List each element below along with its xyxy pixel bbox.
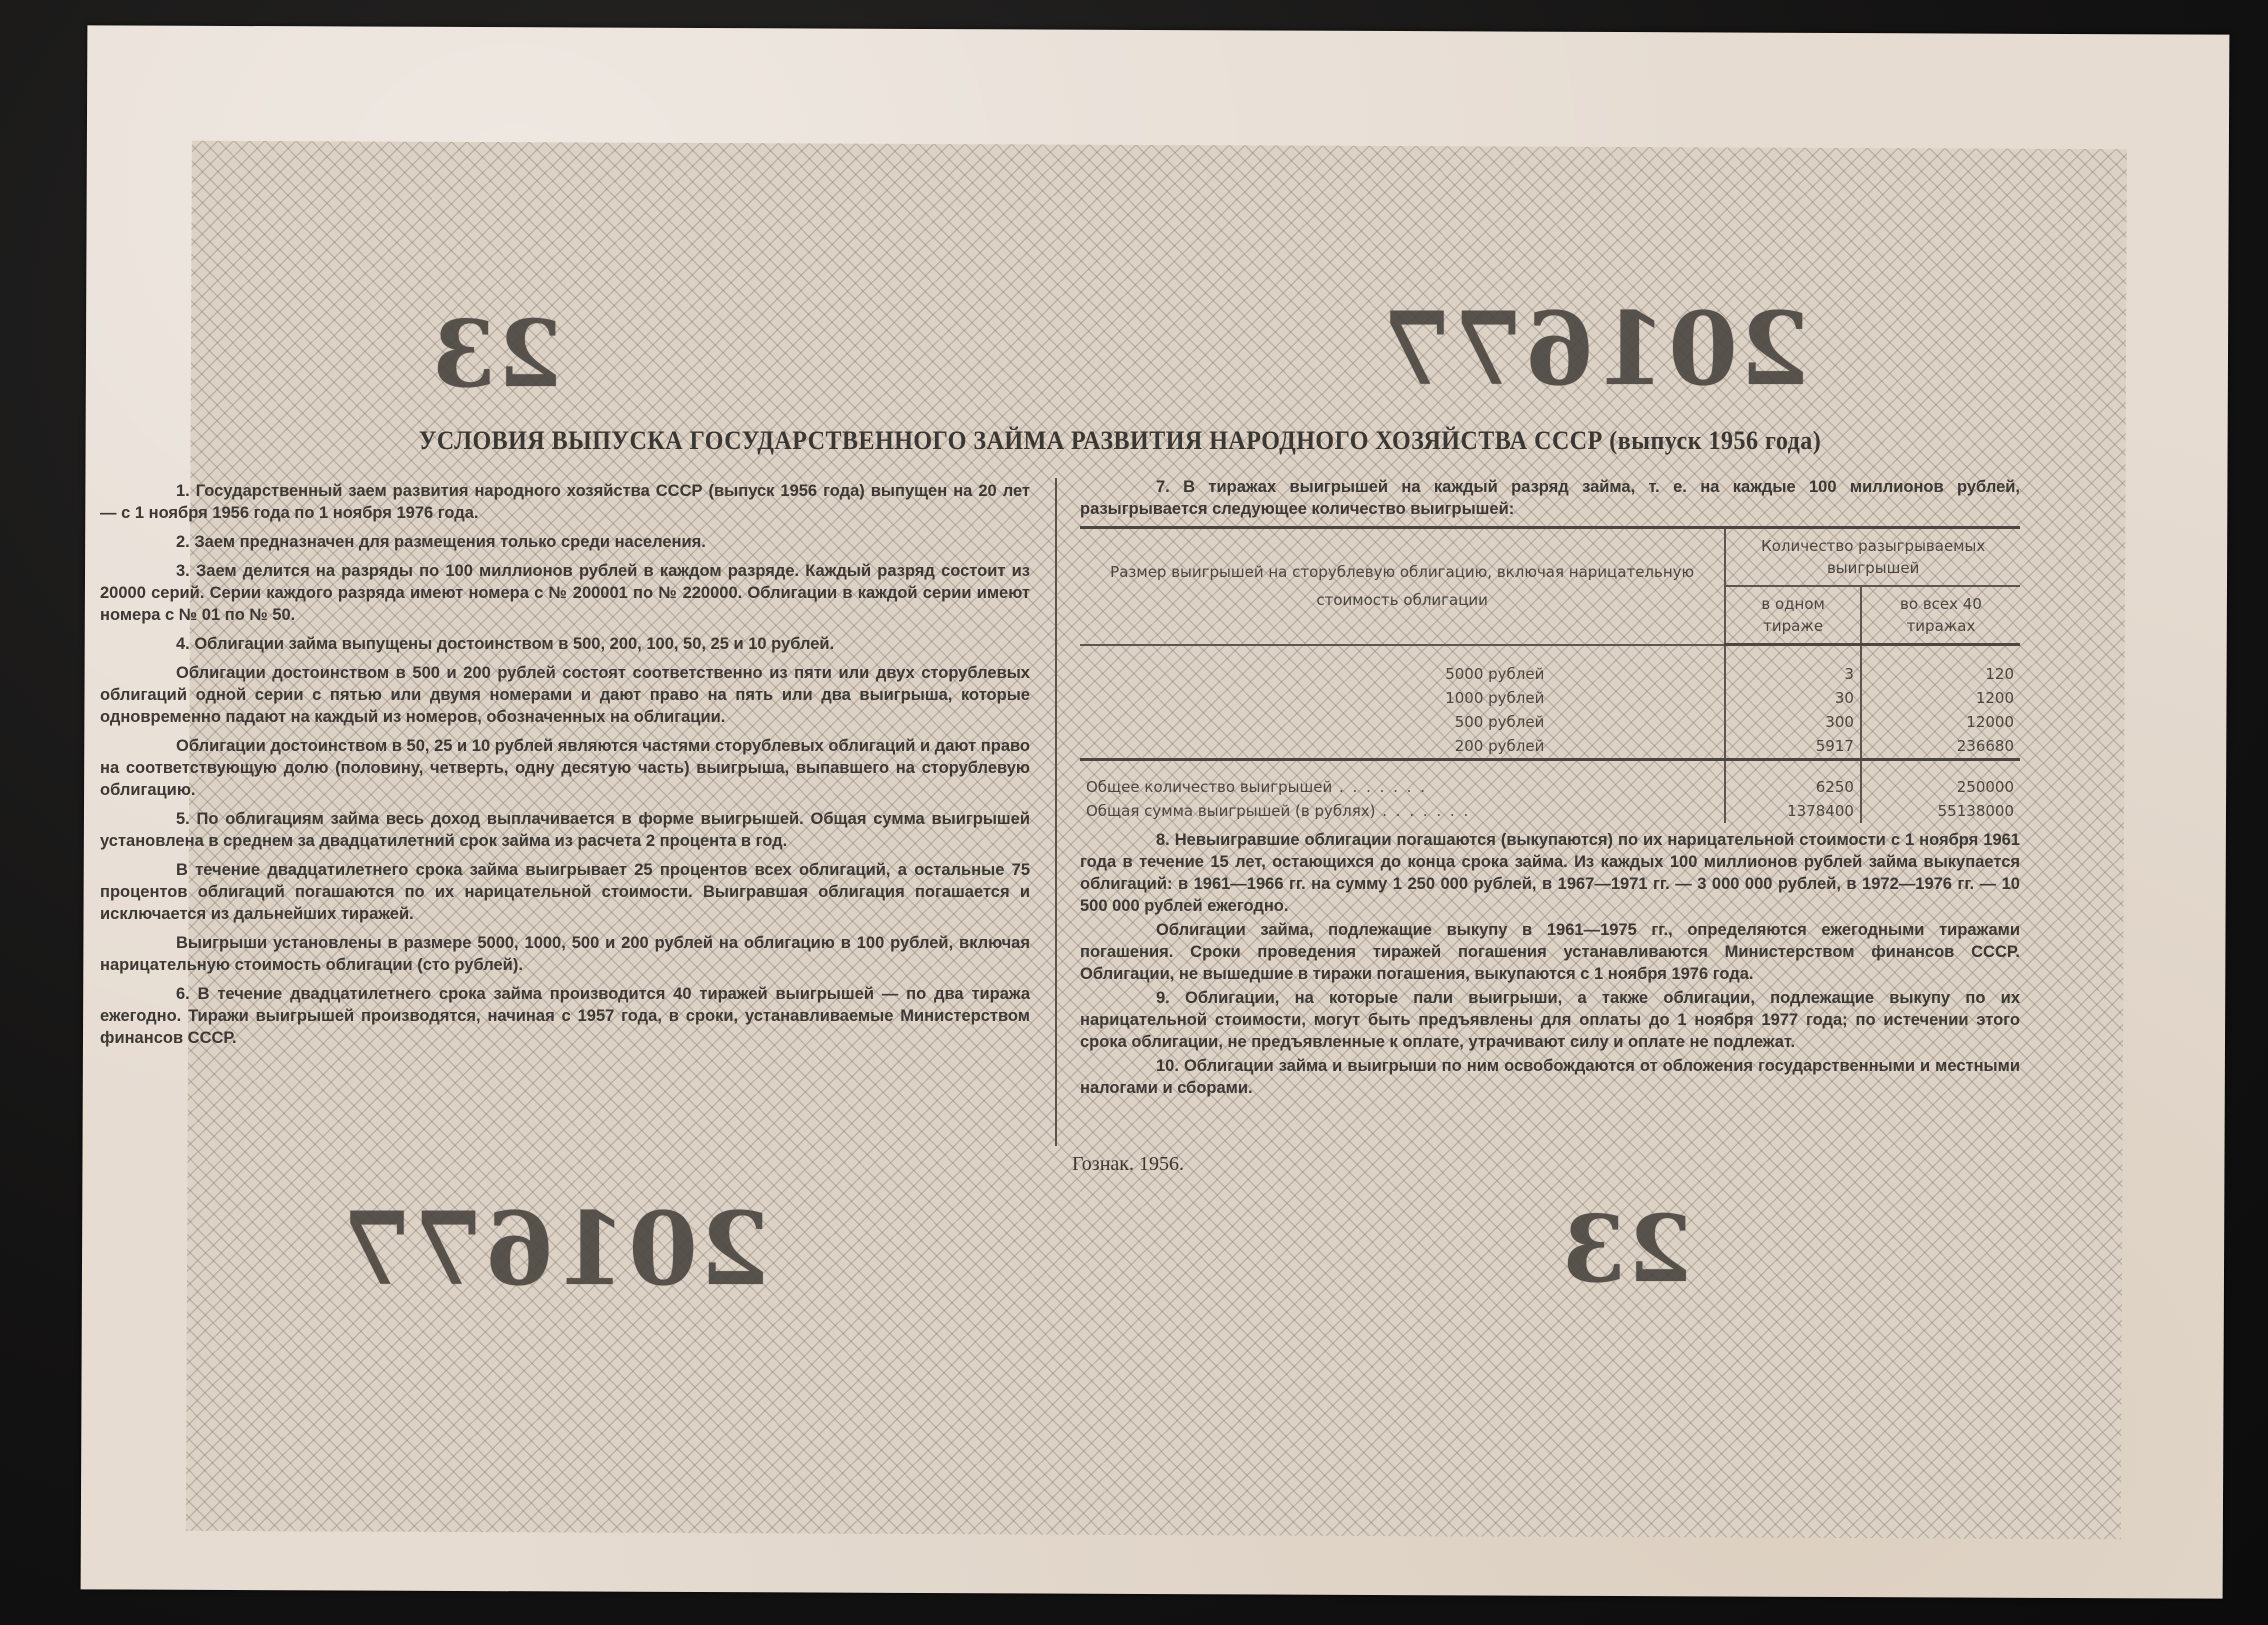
count-all-draws: 12000: [1861, 710, 2020, 734]
term-10: 10. Облигации займа и выигрыши по ним ос…: [1080, 1055, 2020, 1099]
mirrored-serial-number-top-right: 201677: [1380, 290, 1809, 408]
header-prize-size: Размер выигрышей на сторублевую облигаци…: [1080, 528, 1725, 645]
term-2: 2. Заем предназначен для размещения толь…: [100, 531, 1030, 553]
total-sum-one-draw: 1378400: [1725, 799, 1861, 823]
count-one-draw: 5917: [1725, 734, 1861, 760]
total-count-one-draw: 6250: [1725, 775, 1861, 799]
total-count-label: Общее количество выигрышей: [1080, 775, 1725, 799]
term-4: 4. Облигации займа выпущены достоинством…: [100, 633, 1030, 655]
term-3: 3. Заем делится на разряды по 100 миллио…: [100, 560, 1030, 626]
total-sum-all-draws: 55138000: [1861, 799, 2020, 823]
total-sum-label: Общая сумма выигрышей (в рублях): [1080, 799, 1725, 823]
prize-table: Размер выигрышей на сторублевую облигаци…: [1080, 526, 2020, 823]
table-total-row: Общая сумма выигрышей (в рублях) 1378400…: [1080, 799, 2020, 823]
table-row: 1000 рублей 30 1200: [1080, 686, 2020, 710]
prize-amount: 200 рублей: [1080, 734, 1725, 760]
column-divider: [1055, 478, 1057, 1146]
terms-left-column: 1. Государственный заем развития народно…: [100, 480, 1030, 1056]
document-title: УСЛОВИЯ ВЫПУСКА ГОСУДАРСТВЕННОГО ЗАЙМА Р…: [270, 426, 1970, 456]
header-all-draws: во всех 40 тиражах: [1861, 586, 2020, 645]
term-5: 5. По облигациям займа весь доход выплач…: [100, 808, 1030, 852]
table-row: 500 рублей 300 12000: [1080, 710, 2020, 734]
count-all-draws: 236680: [1861, 734, 2020, 760]
term-4-para-3: Облигации достоинством в 50, 25 и 10 руб…: [100, 735, 1030, 801]
mirrored-category-number-bottom-right: 23: [1560, 1195, 1692, 1303]
term-8-para-2: Облигации займа, подлежащие выкупу в 196…: [1080, 919, 2020, 985]
table-row: 200 рублей 5917 236680: [1080, 734, 2020, 760]
term-5-para-3: Выигрыши установлены в размере 5000, 100…: [100, 932, 1030, 976]
mirrored-serial-number-bottom-left: 201677: [340, 1190, 769, 1308]
mirrored-category-number-top-left: 23: [430, 300, 562, 408]
prize-amount: 5000 рублей: [1080, 662, 1725, 686]
count-one-draw: 300: [1725, 710, 1861, 734]
term-4-para-2: Облигации достоинством в 500 и 200 рубле…: [100, 662, 1030, 728]
total-count-all-draws: 250000: [1861, 775, 2020, 799]
term-5-para-2: В течение двадцатилетнего срока займа вы…: [100, 859, 1030, 925]
table-row: 5000 рублей 3 120: [1080, 662, 2020, 686]
term-7: 7. В тиражах выигрышей на каждый разряд …: [1080, 476, 2020, 520]
count-one-draw: 3: [1725, 662, 1861, 686]
term-8: 8. Невыигравшие облигации погашаются (вы…: [1080, 829, 2020, 917]
term-9: 9. Облигации, на которые пали выигрыши, …: [1080, 987, 2020, 1053]
printer-imprint: Гознак. 1956.: [1072, 1153, 1184, 1176]
prize-amount: 1000 рублей: [1080, 686, 1725, 710]
table-total-row: Общее количество выигрышей 6250 250000: [1080, 775, 2020, 799]
count-all-draws: 120: [1861, 662, 2020, 686]
terms-right-column: 7. В тиражах выигрышей на каждый разряд …: [1080, 476, 2020, 1106]
prize-amount: 500 рублей: [1080, 710, 1725, 734]
count-one-draw: 30: [1725, 686, 1861, 710]
term-1: 1. Государственный заем развития народно…: [100, 480, 1030, 524]
term-6: 6. В течение двадцатилетнего срока займа…: [100, 983, 1030, 1049]
header-one-draw: в одном тираже: [1725, 586, 1861, 645]
header-prize-count: Количество разыгрываемых выигрышей: [1725, 528, 2020, 587]
count-all-draws: 1200: [1861, 686, 2020, 710]
